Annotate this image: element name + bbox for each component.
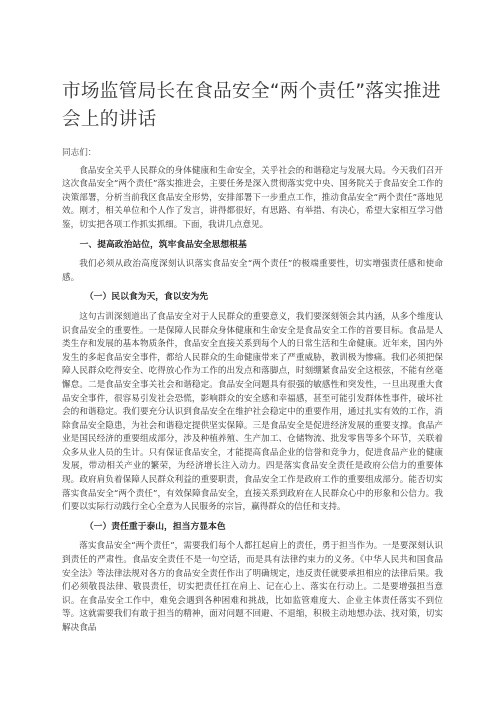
section-intro-paragraph: 我们必须从政治高度深刻认识落实食品安全“两个责任”的极端重要性，切实增强责任感和… [62,258,443,285]
section-heading: 一、提高政治站位，筑牢食品安全思想根基 [62,239,443,253]
intro-paragraph: 食品安全关乎人民群众的身体健康和生命安全，关乎社会的和谐稳定与发展大局。今天我们… [62,165,443,233]
subsection-1: （一）民以食为天，食以安为先 这句古训深刻道出了食品安全对于人民群众的重要意义，… [62,291,443,515]
subsection-paragraph: 这句古训深刻道出了食品安全对于人民群众的重要意义，我们要深刻领会其内涵，从多个维… [62,311,443,515]
document-page: 市场监管局长在食品安全“两个责任”落实推进会上的讲话 同志们： 食品安全关乎人民… [62,78,443,642]
subsection-heading: （一）民以食为天，食以安为先 [62,291,443,305]
subsection-paragraph: 落实食品安全“两个责任”，需要我们每个人都扛起肩上的责任，勇于担当作为。一是要深… [62,540,443,635]
document-title: 市场监管局长在食品安全“两个责任”落实推进会上的讲话 [62,78,443,134]
subsection-2: （一）责任重于泰山，担当方显本色 落实食品安全“两个责任”，需要我们每个人都扛起… [62,521,443,636]
section-1: 一、提高政治站位，筑牢食品安全思想根基 我们必须从政治高度深刻认识落实食品安全“… [62,239,443,636]
subsection-heading: （一）责任重于泰山，担当方显本色 [62,521,443,535]
salutation: 同志们： [62,147,443,161]
